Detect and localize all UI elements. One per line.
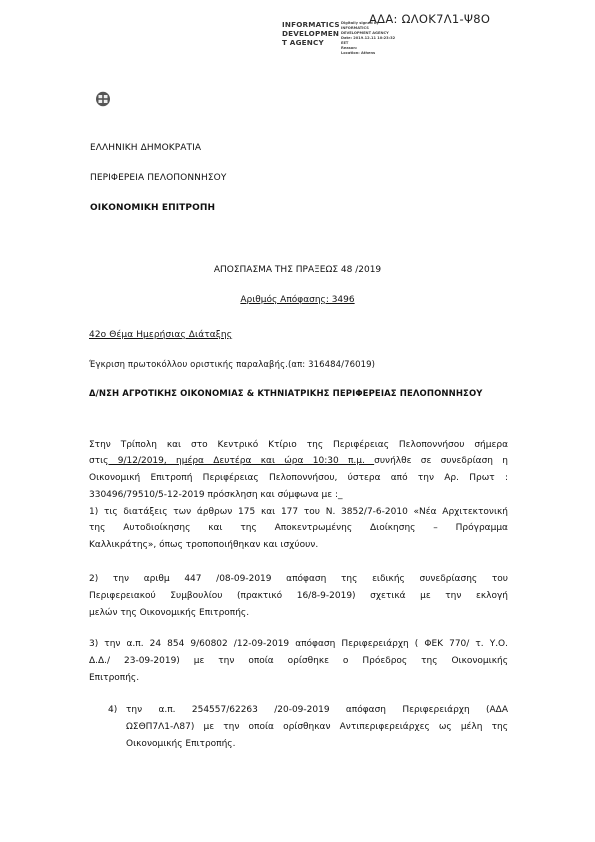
item-1-line: 1) τις διατάξεις των άρθρων 175 και 177 … xyxy=(89,507,508,517)
signer-line: T AGENCY xyxy=(282,38,340,47)
item-3-line: 3) την α.π. 24 854 9/60802 /12-09-2019 α… xyxy=(89,639,508,649)
extract-title: ΑΠΟΣΠΑΣΜΑ ΤΗΣ ΠΡΑΞΕΩΣ 48 /2019 xyxy=(0,265,595,275)
signature-signer: INFORMATICS DEVELOPMEN T AGENCY xyxy=(282,20,340,47)
header-committee: ΟΙΚΟΝΟΜΙΚΗ ΕΠΙΤΡΟΠΗ xyxy=(90,203,215,213)
agenda-topic-text: 42ο Θέμα Ημερήσιας Διάταξης xyxy=(89,330,232,340)
intro-line: 330496/79510/5-12-2019 πρόσκληση και σύμ… xyxy=(89,490,508,500)
header-region: ΠΕΡΙΦΕΡΕΙΑ ΠΕΛΟΠΟΝΝΗΣΟΥ xyxy=(90,173,226,183)
decision-number: Αριθμός Απόφασης: 3496 xyxy=(0,295,595,305)
item-4-line: την α.π. 254557/62263 /20-09-2019 απόφασ… xyxy=(126,705,508,715)
item-4-line: Οικονομικής Επιτροπής. xyxy=(126,739,508,749)
item-1-line: της Αυτοδιοίκησης και της Αποκεντρωμένης… xyxy=(89,523,508,533)
intro-line: Οικονομική Επιτροπή Περιφέρειας Πελοπονν… xyxy=(89,473,508,483)
signature-detail-line: Location: Athens xyxy=(341,51,395,56)
agenda-subject: Έγκριση πρωτοκόλλου οριστικής παραλαβής.… xyxy=(89,360,375,370)
item-3-line: Επιτροπής. xyxy=(89,673,508,683)
intro-text: συνήλθε σε συνεδρίαση η xyxy=(374,456,508,466)
signature-detail-line: Date: 2019.12.11 10:23:32 xyxy=(341,36,395,41)
intro-line: Στην Τρίπολη και στο Κεντρικό Κτίριο της… xyxy=(89,440,508,450)
item-3-line: Δ.Δ./ 23-09-2019) με την οποία ορίσθηκε … xyxy=(89,656,508,666)
meeting-date-time: 9/12/2019, ημέρα Δευτέρα και ώρα 10:30 π… xyxy=(108,456,374,466)
signer-line: INFORMATICS xyxy=(282,20,340,29)
item-2-line: μελών της Οικονομικής Επιτροπής. xyxy=(89,608,508,618)
greek-coat-of-arms-icon xyxy=(95,91,111,107)
signature-details: Digitally signed by INFORMATICS DEVELOPM… xyxy=(341,21,395,56)
item-4-line: ΩΣΘΠ7Λ1-Λ87) με την οποία ορίσθηκαν Αντι… xyxy=(126,722,508,732)
intro-line-date: στις 9/12/2019, ημέρα Δευτέρα και ώρα 10… xyxy=(89,456,508,466)
agenda-department: Δ/ΝΣΗ ΑΓΡΟΤΙΚΗΣ ΟΙΚΟΝΟΜΙΑΣ & ΚΤΗΝΙΑΤΡΙΚΗ… xyxy=(89,389,483,399)
item-1-line: Καλλικράτης», όπως τροποποιήθηκαν και ισ… xyxy=(89,540,508,550)
agenda-topic: 42ο Θέμα Ημερήσιας Διάταξης xyxy=(89,330,232,340)
header-country: ΕΛΛΗΝΙΚΗ ΔΗΜΟΚΡΑΤΙΑ xyxy=(90,143,201,153)
item-4-number: 4) xyxy=(108,705,117,715)
signer-line: DEVELOPMEN xyxy=(282,29,340,38)
item-2-line: 2) την αριθμ 447 /08-09-2019 απόφαση της… xyxy=(89,574,508,584)
item-2-line: Περιφερειακού Συμβουλίου (πρακτικό 16/8-… xyxy=(89,591,508,601)
decision-number-text: Αριθμός Απόφασης: 3496 xyxy=(240,295,354,305)
intro-text: στις xyxy=(89,456,108,466)
